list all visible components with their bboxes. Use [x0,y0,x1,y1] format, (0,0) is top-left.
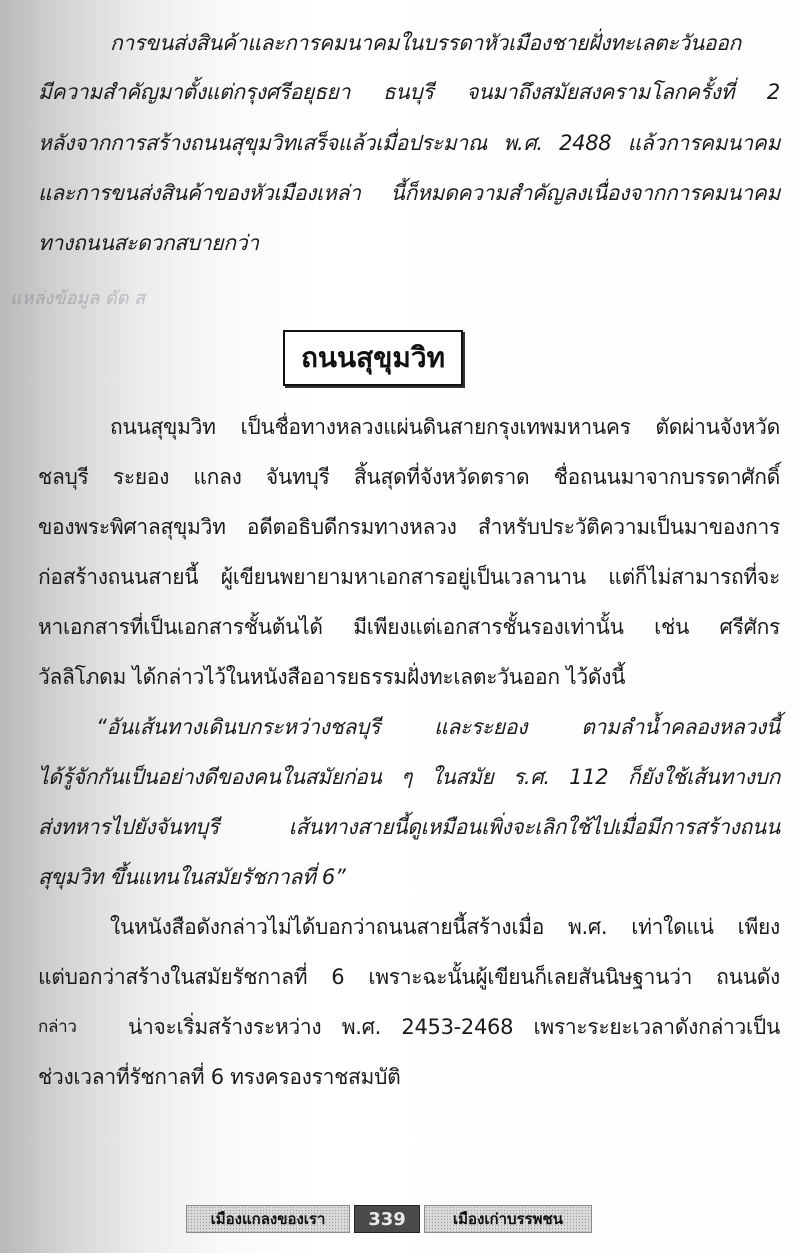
paragraph2-line-6: วัลลิโภดม ได้กล่าวไว้ในหนังสืออารยธรรมฝั… [38,662,780,692]
paragraph1-line-3: หลังจากการสร้างถนนสุขุมวิทเสร็จแล้วเมื่อ… [38,128,780,158]
paragraph3-line-1: ในหนังสือดังกล่าวไม่ได้บอกว่าถนนสายนี้สร… [110,912,780,942]
footer-chapter-title: เมืองเก่าบรรพชน [424,1205,592,1233]
paragraph3-line-4: ช่วงเวลาที่รัชกาลที่ 6 ทรงครองราชสมบัติ [38,1062,780,1092]
paragraph2-line-2: ชลบุรี ระยอง แกลง จันทบุรี สิ้นสุดที่จัง… [38,462,780,492]
page-footer: เมืองแกลงของเรา 339 เมืองเก่าบรรพชน [186,1205,592,1233]
footer-book-title: เมืองแกลงของเรา [186,1205,350,1233]
section-heading: ถนนสุขุมวิท [301,336,445,380]
paragraph1-line-2: มีความสำคัญมาตั้งแต่กรุงศรีอยุธยา ธนบุรี… [38,77,780,107]
paragraph2-line-4: ก่อสร้างถนนสายนี้ ผู้เขียนพยายามหาเอกสาร… [38,562,780,592]
paragraph3-line-3-start: กล่าว [38,1012,98,1042]
quote-line-2: ได้รู้จักกันเป็นอย่างดีของคนในสมัยก่อน ๆ… [38,762,780,792]
quote-line-3: ส่งทหารไปยังจันทบุรี เส้นทางสายนี้ดูเหมื… [38,812,780,842]
book-page: แหล่งข้อมูล ดัด ส การขนส่งสินค้าและการคม… [0,0,800,1253]
paragraph3-line-2: แต่บอกว่าสร้างในสมัยรัชกาลที่ 6 เพราะฉะน… [38,962,780,992]
paragraph2-line-1: ถนนสุขุมวิท เป็นชื่อทางหลวงแผ่นดินสายกรุ… [110,412,780,442]
page-number: 339 [354,1205,420,1233]
section-heading-box: ถนนสุขุมวิท [283,330,463,386]
bleed-through-text: แหล่งข้อมูล ดัด ส [10,283,145,312]
paragraph2-line-3: ของพระพิศาลสุขุมวิท อดีตอธิบดีกรมทางหลวง… [38,512,780,542]
paragraph3-line-3-rest: น่าจะเริ่มสร้างระหว่าง พ.ศ. 2453-2468 เพ… [128,1012,780,1042]
paragraph2-line-5: หาเอกสารที่เป็นเอกสารชั้นต้นได้ มีเพียงแ… [38,612,780,642]
paragraph1-line-1: การขนส่งสินค้าและการคมนาคมในบรรดาหัวเมือ… [110,28,780,58]
quote-line-1: “อันเส้นทางเดินบกระหว่างชลบุรี และระยอง … [96,712,780,742]
paragraph1-line-4: และการขนส่งสินค้าของหัวเมืองเหล่า นี้ก็ห… [38,178,780,208]
quote-line-4: สุขุมวิท ขึ้นแทนในสมัยรัชกาลที่ 6” [38,862,780,892]
paragraph1-line-5: ทางถนนสะดวกสบายกว่า [38,228,780,258]
